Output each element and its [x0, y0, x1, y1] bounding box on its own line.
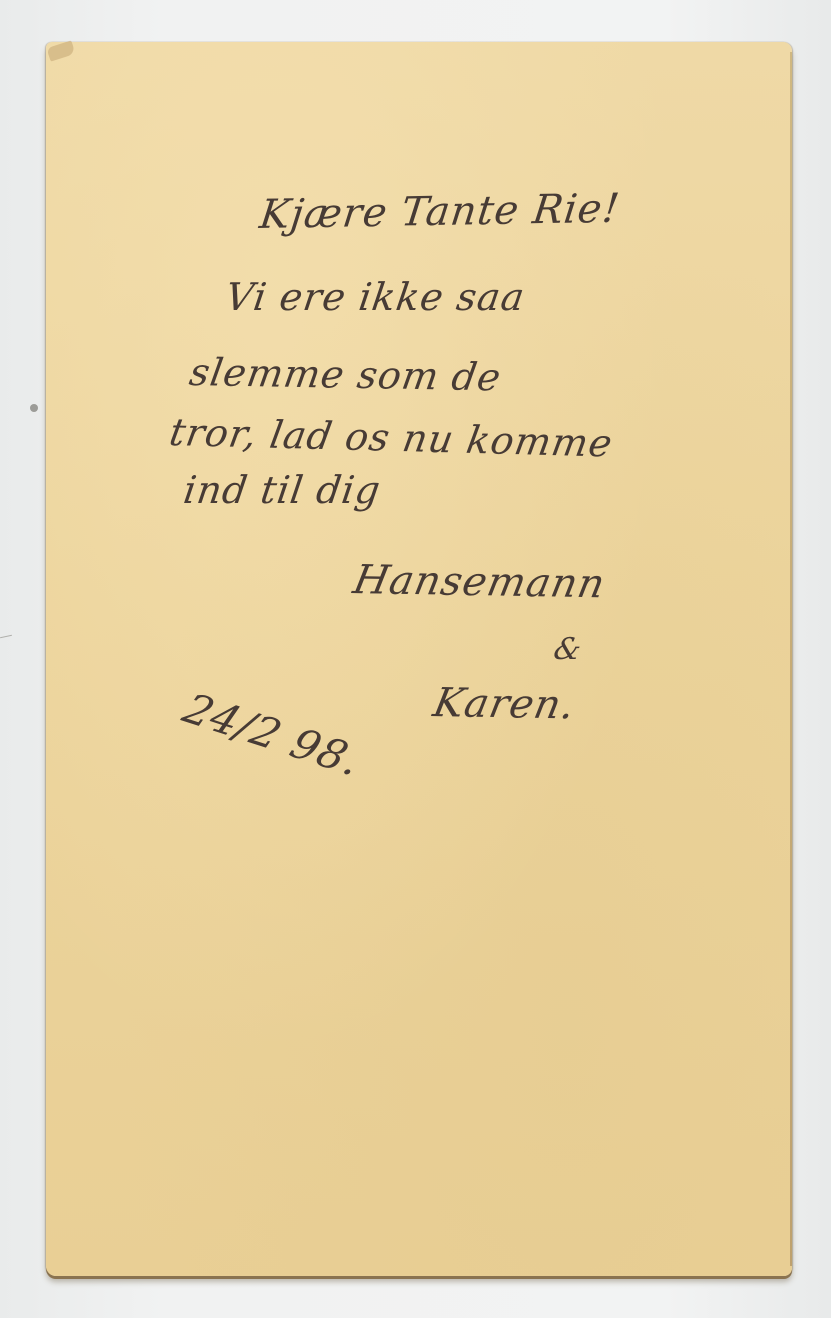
- dust-speck: [30, 404, 38, 412]
- card-edge: [790, 52, 792, 1266]
- letter-date: 24/2 98.: [176, 684, 370, 785]
- letter-line-3: tror, lad os nu komme: [166, 410, 616, 465]
- signature-name-1: Hansemann: [350, 557, 610, 607]
- card: Kjære Tante Rie! Vi ere ikke saa slemme …: [46, 42, 792, 1276]
- card-corner-wear: [46, 40, 75, 61]
- letter-line-1: Vi ere ikke saa: [223, 275, 528, 319]
- signature-name-2: Karen.: [430, 680, 580, 728]
- signature-conjunction: &: [551, 632, 585, 667]
- salutation: Kjære Tante Rie!: [257, 186, 622, 238]
- letter-line-4: ind til dig: [181, 468, 384, 512]
- letter-line-2: slemme som de: [187, 350, 505, 399]
